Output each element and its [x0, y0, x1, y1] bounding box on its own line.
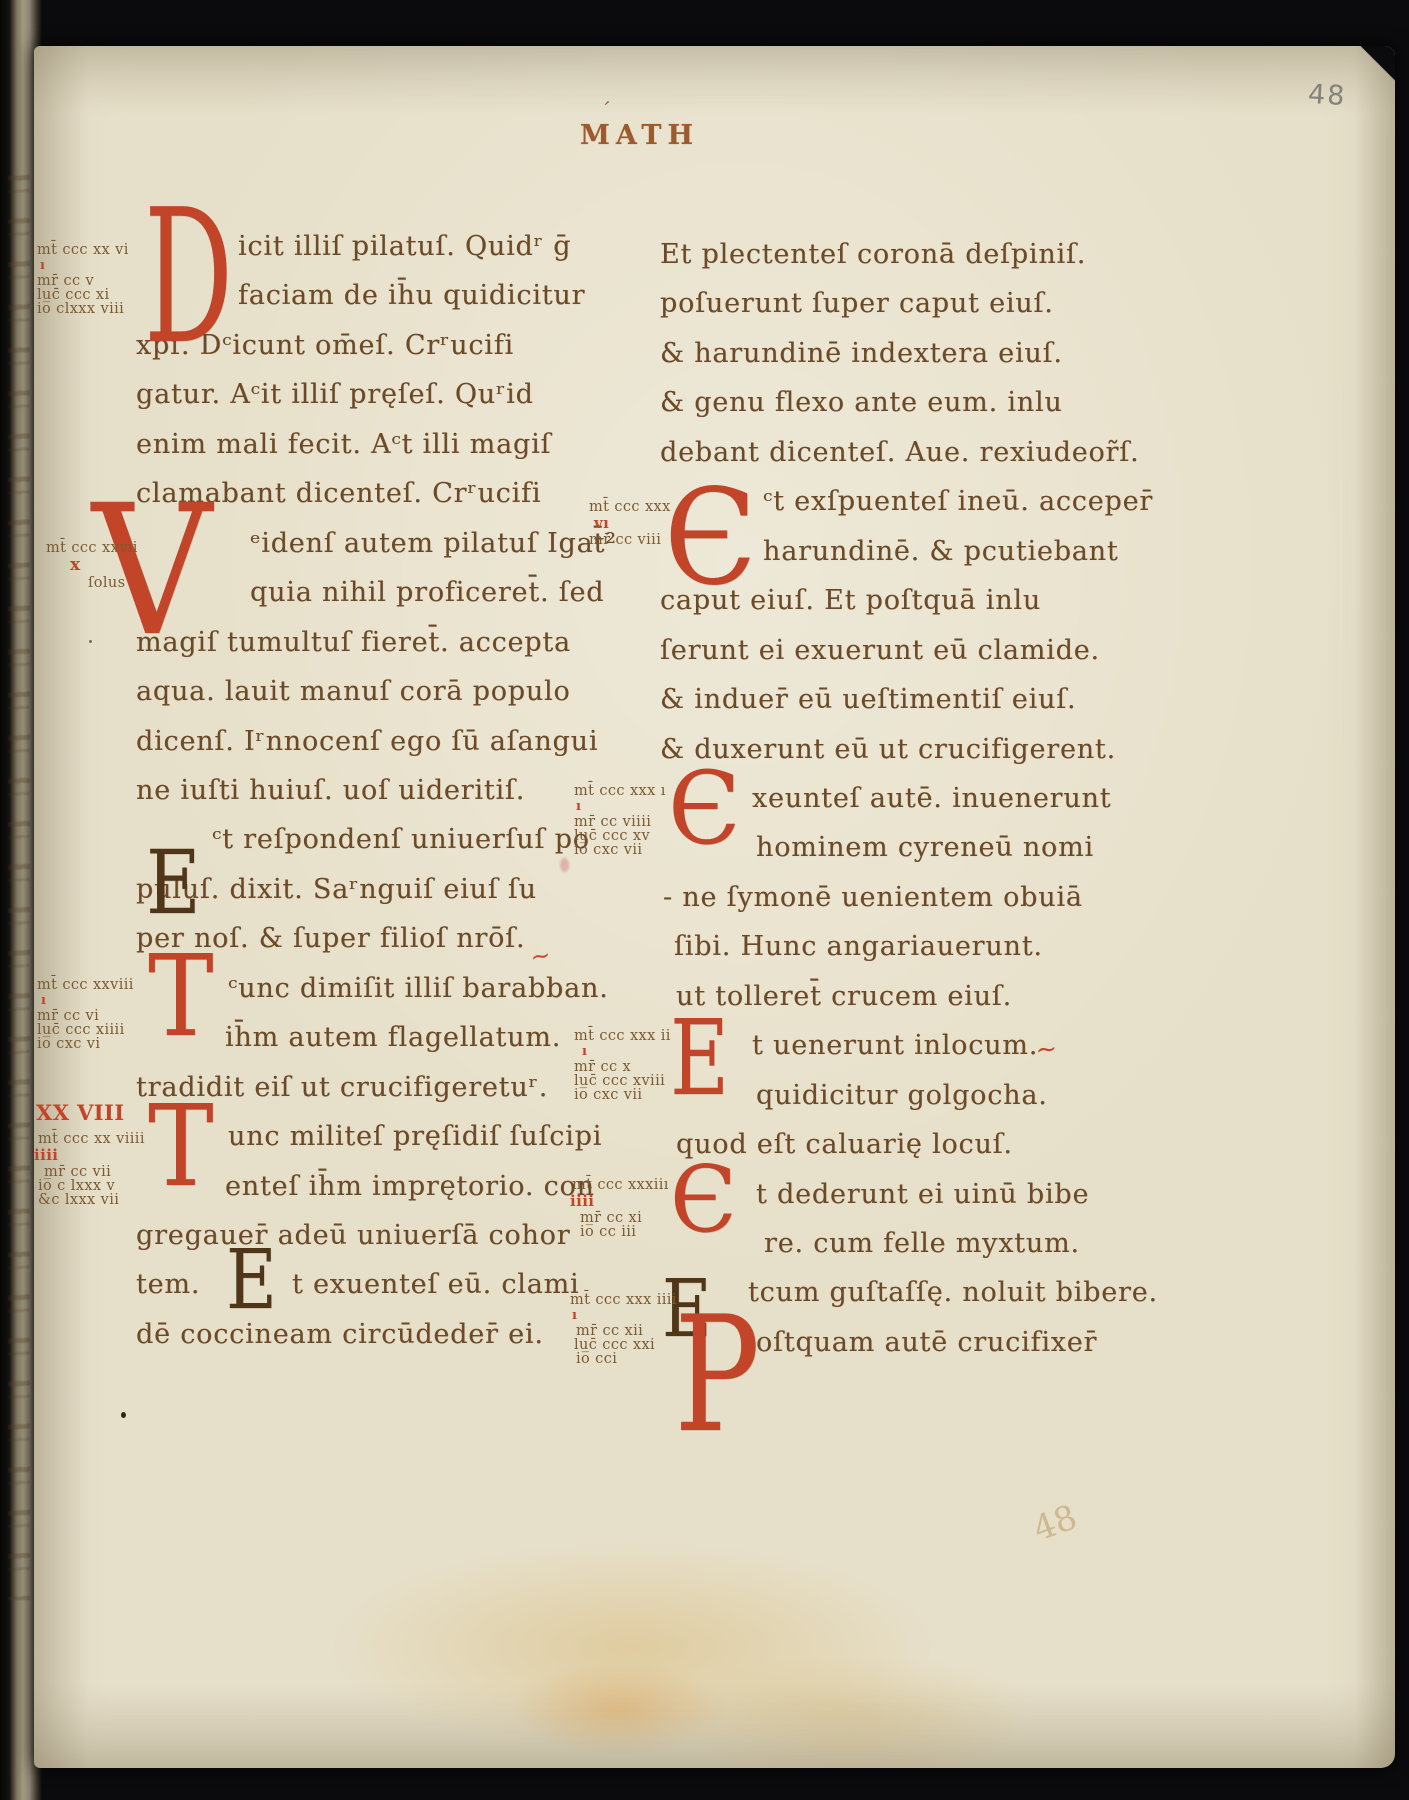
text-line: t uenerunt inlocum.	[752, 1029, 1038, 1063]
running-title-tick: ˊ	[598, 97, 611, 122]
canon-note-line: iiii	[570, 1192, 669, 1211]
folio-number: 48	[1307, 79, 1347, 112]
text-line: enim mali fecit. Aᶜt illi magiſ	[136, 428, 551, 462]
canon-note-line: mr̄ cc x	[574, 1060, 671, 1074]
text-line: ne iuſti huiuſ. uoſ uideritiſ.	[136, 774, 525, 808]
text-line: quidicitur golgocha.	[756, 1079, 1048, 1113]
canon-note: mt̄ ccc xxx ıımr̄ cc viiiiluc̄ ccc xvio̅…	[574, 784, 666, 857]
canon-note-line: io̅ cxc vii	[574, 843, 666, 857]
text-line: quia nihil proficeret̄. ſed	[250, 576, 604, 610]
canon-note-line: mr̄ cc vii	[44, 1165, 145, 1179]
canon-note-line: luc̄ ccc xiiii	[37, 1023, 134, 1037]
canon-note: XX VIII	[36, 1100, 124, 1125]
text-line: enteſ ih̄m imprętorio. con	[225, 1170, 595, 1204]
text-line: - ne ſymonē uenientem obuiā	[663, 881, 1083, 915]
canon-note-line: mr̄ cc xi	[580, 1211, 669, 1225]
text-line: dicenſ. Iʳnnocenſ ego ſū aſangui	[136, 725, 598, 759]
canon-note-line: ı	[582, 1043, 671, 1060]
initial-T-tunc-dimisit: T	[148, 941, 214, 1053]
text-line: oſtquam autē crucifixer̄	[756, 1326, 1097, 1360]
text-line: xeunteſ autē. inuenerunt	[752, 782, 1111, 816]
canon-note-line: &c lxxx vii	[38, 1193, 145, 1207]
text-line: Et plectenteſ coronā deſpiniſ.	[660, 238, 1086, 272]
canon-note-line: io̅ cxc vii	[574, 1088, 671, 1102]
initial-E-et-venerunt: E	[670, 1006, 729, 1110]
text-line: icit illiſ pilatuſ. Quidʳ ḡ	[238, 230, 571, 264]
text-line: t dederunt ei uinū bibe	[756, 1178, 1089, 1212]
running-title: MATH	[580, 120, 699, 151]
initial-E-exeuntes: Є	[668, 759, 741, 859]
canon-note-line: XX VIII	[36, 1100, 124, 1125]
text-line: ᶜt reſpondenſ uniuerſuſ po	[212, 823, 590, 857]
text-line: dē coccineam circūdeder̄ ei.	[136, 1318, 544, 1352]
text-line: faciam de ih̄u quidicitur	[238, 279, 585, 313]
canon-note-line: ı	[576, 798, 666, 815]
canon-note-line: io̅ cci	[576, 1352, 677, 1366]
page-content: ˊ MATH 48 icit illiſ pilatuſ. Quidʳ ḡfac…	[0, 0, 1409, 1800]
canon-note-line: mr̄ cc xii	[576, 1324, 677, 1338]
canon-note-line: luc̄ ccc xv	[574, 829, 666, 843]
canon-note: mt̄ ccc xxxiiıiiiimr̄ cc xiio̅ cc iii	[572, 1178, 669, 1239]
initial-E-et-dederunt: Є	[670, 1154, 737, 1246]
canon-note-line: luc̄ ccc xxi	[574, 1338, 677, 1352]
canon-note-line: vı	[594, 514, 671, 533]
text-line: ᶜunc dimiſit illiſ barabban.	[228, 972, 609, 1006]
canon-note: mt̄ ccc xxviixſolus	[46, 541, 138, 590]
text-line: hominem cyreneū nomi	[756, 831, 1094, 865]
text-line: unc militeſ pręſidiſ ſuſcipi	[228, 1120, 602, 1154]
ink-speck	[89, 640, 92, 643]
text-line: re. cum felle myxtum.	[764, 1227, 1080, 1261]
canon-note-line: luc̄ ccc xi	[37, 288, 129, 302]
text-line: ſerunt ei exuerunt eū clamide.	[660, 634, 1100, 668]
canon-note-line: mr̄ cc viiii	[574, 815, 666, 829]
canon-note-line: mt̄ ccc xxx iiii	[570, 1293, 677, 1307]
text-line: ᶜt exſpuenteſ ineū. acceper̄	[763, 485, 1153, 519]
text-line: & harundinē indextera eiuſ.	[660, 337, 1063, 371]
canon-note-line: ı	[40, 257, 129, 274]
text-line: harundinē. & pcutiebant	[763, 535, 1119, 569]
faint-folio-mark: 48	[1028, 1497, 1082, 1549]
pigment-smudge	[560, 858, 569, 872]
canon-note-line: mr̄ cc v	[37, 274, 129, 288]
canon-note: mt̄ ccc xxx iiımr̄ cc xluc̄ ccc xviiiio̅…	[574, 1029, 671, 1102]
red-section-squiggle: ∼	[1034, 1034, 1059, 1066]
text-line: & induer̄ eū ueſtimentiſ eiuſ.	[660, 683, 1076, 717]
initial-E-et-exuentes: E	[226, 1240, 277, 1322]
canon-note-line: mt̄ ccc xxviii	[37, 978, 134, 992]
canon-note-line: io̅ cxc vi	[37, 1037, 134, 1051]
canon-note-line: mt̄ ccc xxx ı	[574, 784, 666, 798]
canon-note: mt̄ ccc xxx iiiiımr̄ cc xiiluc̄ ccc xxii…	[570, 1293, 677, 1366]
canon-note-line: io̅ cc iii	[580, 1225, 669, 1239]
canon-note-line: io̅ clxxx viii	[37, 302, 129, 316]
initial-E-et-respondens: E	[146, 839, 201, 927]
initial-P-postquam: P	[674, 1295, 760, 1455]
text-line: ſibi. Hunc angariauerunt.	[674, 930, 1043, 964]
canon-note: mt̄ ccc xx viımr̄ cc vluc̄ ccc xiio̅ clx…	[37, 243, 129, 316]
text-line: gregauer̄ adeū uniuerſā cohor	[136, 1219, 570, 1253]
text-line: ᵉidenſ autem pilatuſ Igat̄²	[250, 527, 617, 561]
text-line: t exuenteſ eū. clami	[292, 1268, 579, 1302]
canon-note-line: mt̄ ccc xxxiiı	[572, 1178, 669, 1192]
initial-E-et-exspuentes: Є	[664, 472, 757, 604]
canon-note-line: mr̄ cc vi	[37, 1009, 134, 1023]
canon-note: mt̄ ccc xxxvımr̄ cc viii	[589, 500, 671, 547]
text-line: tem.	[136, 1268, 200, 1302]
canon-note-line: ı	[41, 992, 134, 1009]
canon-note-line: mt̄ ccc xxx	[589, 500, 671, 514]
red-section-squiggle: ∼	[528, 941, 553, 972]
initial-T-tunc-milites: T	[148, 1091, 214, 1203]
canon-note: mt̄ ccc xxviiiımr̄ cc viluc̄ ccc xiiiiio…	[37, 978, 134, 1051]
canon-note-line: iiii	[34, 1146, 145, 1165]
text-line: poſuerunt ſuper caput eiuſ.	[660, 287, 1054, 321]
canon-note-line: mt̄ ccc xxvii	[46, 541, 138, 555]
text-line: ih̄m autem flagellatum.	[225, 1021, 561, 1055]
text-line: aqua. lauit manuſ corā populo	[136, 675, 571, 709]
canon-note-line: mt̄ ccc xxx ii	[574, 1029, 671, 1043]
ink-speck	[121, 1412, 126, 1418]
canon-note-line: mr̄ cc viii	[589, 533, 671, 547]
canon-note-line: x	[70, 555, 138, 576]
canon-note-line: luc̄ ccc xviii	[574, 1074, 671, 1088]
initial-D-dicit: D	[144, 185, 233, 370]
canon-note-line: mt̄ ccc xx vi	[37, 243, 129, 257]
text-line: tcum guſtaſſę. noluit bibere.	[748, 1276, 1158, 1310]
canon-note-line: ı	[572, 1307, 677, 1324]
canon-note-line: ſolus	[88, 576, 138, 590]
text-line: & genu flexo ante eum. inlu	[660, 386, 1063, 420]
canon-note: mt̄ ccc xx viiiiiiiimr̄ cc viiio̅ c lxxx…	[38, 1132, 145, 1207]
canon-note-line: mt̄ ccc xx viiii	[38, 1132, 145, 1146]
canon-note-line: io̅ c lxxx v	[38, 1179, 145, 1193]
